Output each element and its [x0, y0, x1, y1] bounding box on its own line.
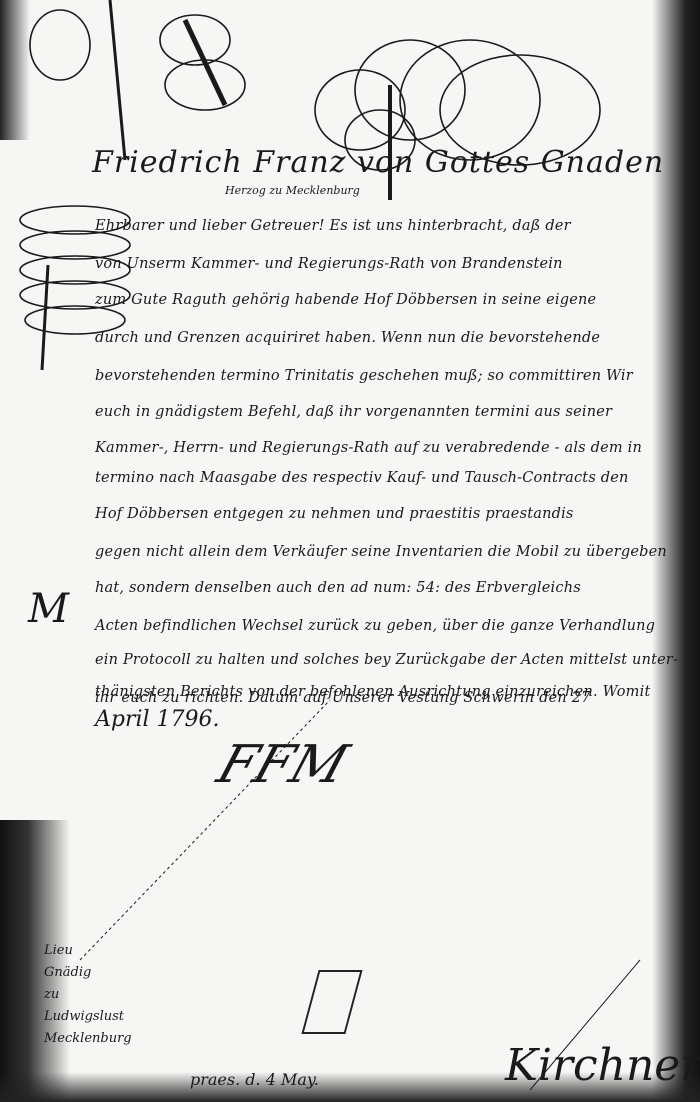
text-line: euch in gnädigstem Befehl, daß ihr vorge… [95, 404, 612, 420]
seal-mark [301, 970, 362, 1034]
text-line: Ehrbarer und lieber Getreuer! Es ist uns… [95, 218, 571, 234]
left-note-line: zu [44, 984, 132, 1006]
text-line: hat, sondern denselben auch den ad num: … [95, 580, 581, 596]
text-line: Kammer-, Herrn- und Regierungs-Rath auf … [95, 440, 642, 456]
text-line: von Unserm Kammer- und Regierungs-Rath v… [95, 256, 563, 272]
text-line: ein Protocoll zu halten und solches bey … [95, 652, 678, 668]
received-note: praes. d. 4 May. [190, 1070, 319, 1089]
margin-mark: M [28, 586, 69, 632]
text-line: durch und Grenzen acquiriret haben. Wenn… [95, 330, 600, 346]
countersignature: Kirchner [505, 1040, 700, 1091]
document-date: April 1796. [95, 707, 220, 732]
text-line: termino nach Maasgabe des respectiv Kauf… [95, 470, 629, 486]
text-line: bevorstehenden termino Trinitatis gesche… [95, 368, 633, 384]
text-line: ihr euch zu richten. Datum auf Unserer V… [95, 690, 591, 706]
left-note-line: Mecklenburg [44, 1028, 132, 1050]
text-line: zum Gute Raguth gehörig habende Hof Döbb… [95, 292, 596, 308]
left-note-line: Lieu [44, 940, 132, 962]
text-line: Acten befindlichen Wechsel zurück zu geb… [95, 618, 655, 634]
document-subtitle: Herzog zu Mecklenburg [225, 184, 360, 197]
text-line: Hof Döbbersen entgegen zu nehmen und pra… [95, 506, 574, 522]
document-page: Friedrich Franz von Gottes Gnaden Herzog… [0, 0, 700, 1102]
ducal-signature: FFM [210, 735, 355, 795]
left-note-line: Ludwigslust [44, 1006, 132, 1028]
left-note-line: Gnädig [44, 962, 132, 984]
left-margin-note: Lieu Gnädig zu Ludwigslust Mecklenburg [44, 940, 132, 1050]
text-line: gegen nicht allein dem Verkäufer seine I… [95, 544, 667, 560]
document-title: Friedrich Franz von Gottes Gnaden [92, 145, 664, 180]
scan-shadow-left-top [0, 0, 30, 140]
